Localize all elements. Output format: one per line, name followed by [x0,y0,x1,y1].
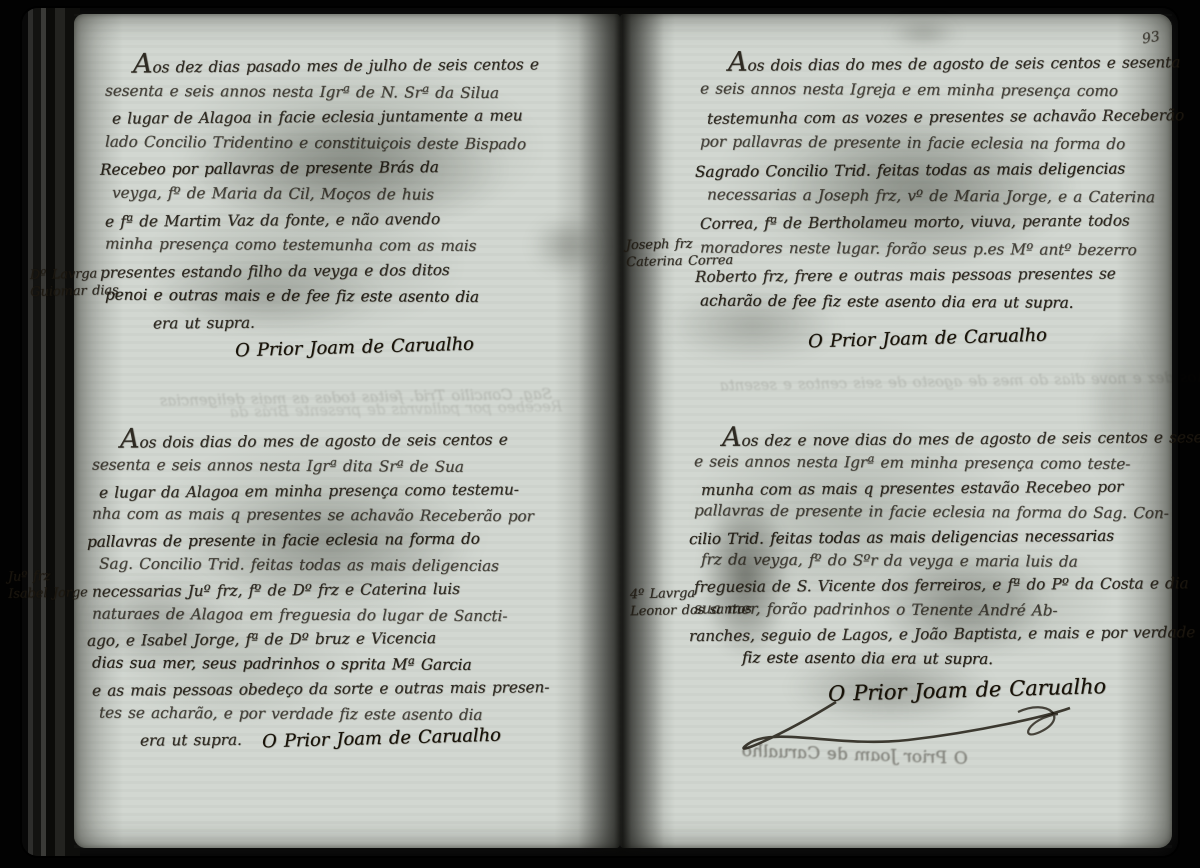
manuscript-line: Sagrado Concilio Trid. feitas todas as m… [695,155,1184,185]
manuscript-line: Aos dois dias do mes de agosto de seis c… [120,424,550,455]
manuscript-line: moradores neste lugar. forão seus p.es M… [700,234,1184,263]
manuscript-line: veyga, fº de Maria da Cil, Moços de huis [112,181,539,209]
manuscript-line: era ut supra. [153,308,539,337]
manuscript-line: Correa, fª de Bertholameu morto, viuva, … [700,208,1184,238]
manuscript-line: e lugar da Alagoa em minha presença como… [99,477,549,505]
manuscript-line: acharão de fee fiz este asento dia era u… [700,287,1184,316]
manuscript-line: dias sua mer, seus padrinhos o sprita Mª… [92,651,549,679]
manuscript-line: freguesia de S. Vicente dos ferreiros, e… [694,571,1200,600]
manuscript-line: penoi e outras mais e de fee fiz este as… [105,283,539,311]
manuscript-line: Sag. Concilio Trid. feitas todas as mais… [99,552,549,580]
manuscript-line: naturaes de Alagoa em freguesia do lugar… [92,601,549,629]
book-spine-binding [22,8,80,856]
manuscript-line: fiz este asento dia era ut supra. [742,645,1200,672]
manuscript-line: e as mais pessoas obedeço da sorte e out… [92,675,549,703]
manuscript-line: e seis annos nesta Igreja e em minha pre… [700,76,1184,105]
right-page-record-2: Aos dez e nove dias do mes de agosto de … [694,424,1200,671]
manuscript-line: Aos dez e nove dias do mes de agosto de … [722,422,1200,453]
manuscript-line: e seis annos nesta Igrª em minha presenç… [694,450,1200,478]
manuscript-line: sesenta e seis annos nesta Igrª de N. Sr… [105,78,539,106]
manuscript-line: sesenta e seis annos nesta Igrª dita Srª… [92,452,549,480]
left-page-record-1: Aos dez dias pasado mes de julho de seis… [105,50,539,336]
manuscript-line: e lugar de Alagoa in facie eclesia junta… [112,104,539,133]
manuscript-line: e fª de Martim Vaz da fonte, e não avend… [105,206,539,235]
margin-note-line: Isabel Jorge [8,584,88,603]
folio-page-number: 93 [1141,29,1161,48]
manuscript-line: Recebeo por pallavras de presente Brás d… [100,155,539,184]
manuscript-line: nha com as mais q presentes se achavão R… [92,502,549,530]
left-page-record-2: Aos dois dias do mes de agosto de seis c… [92,426,549,751]
right-page-record-1: Aos dois dias do mes de agosto de seis c… [700,48,1184,315]
manuscript-line: ago, e Isabel Jorge, fª de Dº bruz e Vic… [87,626,549,654]
manuscript-line: presentes estando filho da veyga e dos d… [100,257,539,286]
manuscript-line: pallavras de presente in facie eclesia n… [87,526,549,554]
scanned-manuscript: 93 Dº Lavrga Guiomar dias Aos dez dias p… [0,0,1200,868]
margin-note-left-2: Juº frz Isabel Jorge [8,567,88,603]
manuscript-line: necessarias Juº frz, fº de Dº frz e Cate… [92,576,549,604]
book-gutter-shadow [578,8,664,856]
manuscript-line: por pallavras de presente in facie ecles… [700,129,1184,158]
manuscript-line: necessarias a Joseph frz, vº de Maria Jo… [707,182,1184,211]
manuscript-line: ranches, seguio de Lagos, e João Baptist… [689,620,1200,649]
manuscript-line: Aos dois dias do mes de agosto de seis c… [728,46,1184,79]
manuscript-line: minha presença como testemunha com as ma… [105,232,539,260]
manuscript-line: Roberto frz, frere e outras mais pessoas… [695,260,1184,290]
manuscript-line: pallavras de presente in facie eclesia n… [694,499,1200,527]
manuscript-line: lado Concilio Tridentino e constituiçois… [105,129,539,157]
manuscript-line: Aos dez dias pasado mes de julho de seis… [133,48,539,81]
margin-note-line: Juº frz [8,567,88,586]
manuscript-line: testemunha com as vozes e presentes se a… [707,102,1184,132]
manuscript-line: tes se acharão, e por verdade fiz este a… [99,700,549,728]
